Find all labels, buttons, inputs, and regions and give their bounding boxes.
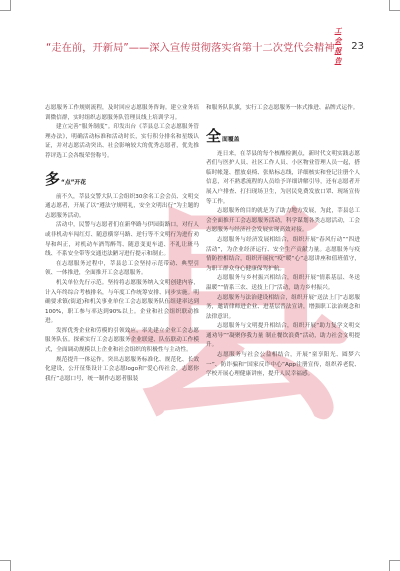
- crop-mark-bottom-left: [0, 560, 11, 571]
- section-heading-rest: “点”开花: [61, 177, 86, 186]
- paragraph: 活动中，民警与志愿者们在新华路与伊园街路口，对行人或非机动车闯红灯、随意横穿马路…: [45, 221, 199, 259]
- section-heading-rest: 面覆盖: [222, 134, 239, 143]
- header-title: “走在前，开新局”——深入宣传贯彻落实省第十二次党代会精神: [46, 39, 335, 54]
- section-heading-initial: 全: [206, 128, 221, 144]
- crop-mark-bottom-right: [389, 560, 400, 571]
- page-number: 23: [351, 41, 364, 52]
- paragraph: 规范提升一体运作。突出志愿服务标准化、规范化、长效化建设，公开征集设计工会志愿l…: [45, 356, 199, 385]
- paragraph: 志愿服务与经济发展相结合，组织开展“春风行动”“四进活动”，为企业经济运行、安全…: [206, 236, 360, 274]
- right-column: 和服务队队旗，实行工会志愿服务一体式推进、品牌式运作。 全 面覆盖 连日来，在莘…: [206, 104, 360, 380]
- paragraph: 志愿服务与社会公益相结合，开展“童享阳光、圆梦六一”、防诈骗和“国家反诈中心”A…: [206, 351, 360, 380]
- paragraph: 和服务队队旗，实行工会志愿服务一体式推进、品牌式运作。: [206, 104, 360, 114]
- paragraph: 连日来，在莘县的每个核酸检测点，新时代文明实践志愿者们与医护人员、社区工作人员、…: [206, 150, 360, 208]
- section-heading: 全 面覆盖: [206, 128, 360, 144]
- paragraph: 建立完善“服务制度”。印发出台《莘县总工会志愿服务管理办法》，明确活动标准和活动…: [45, 123, 199, 161]
- crop-mark-top-left: [0, 0, 11, 11]
- paragraph: 在志愿服务过程中，莘县总工会坚持示范带动、典型引领、一体推进，全面推开工会志愿服…: [45, 260, 199, 279]
- section-heading-initial: 多: [45, 171, 60, 187]
- paragraph: 发挥优秀企业和劳模的引领效应，率先建立企业工会志愿服务队伍。探索实行工会志愿服务…: [45, 327, 199, 356]
- paragraph: 志愿服务与乡村振兴相结合，组织开展“情系基层、冬送温暖”“情系三农、送技上门”活…: [206, 274, 360, 293]
- paragraph: 志愿服务的目的就是为了助力地方发展，为此，莘县总工会全面推开工会志愿服务活动，科…: [206, 207, 360, 236]
- crop-mark-top-right: [389, 0, 400, 11]
- section-heading: 多 “点”开花: [45, 171, 199, 187]
- paragraph: 机关单位先行示范。坚持将志愿服务纳入文明创建内容，计入年终综合考核排名，与年度工…: [45, 279, 199, 327]
- left-column: 志愿服务工作规则流程，及时回应志愿服务咨询。建立业务培训微信群，实时组织志愿服务…: [45, 104, 199, 384]
- publication-logo: 工会报告: [335, 26, 344, 66]
- paragraph: 志愿服务工作规则流程，及时回应志愿服务咨询。建立业务培训微信群，实时组织志愿服务…: [45, 104, 199, 123]
- paragraph: 前不久，莘县交警大队工会组织30余名工会会员、文明交通志愿者，开展了以“遵法守规…: [45, 193, 199, 222]
- page-header: “走在前，开新局”——深入宣传贯彻落实省第十二次党代会精神 工会报告 23: [46, 38, 364, 54]
- paragraph: 志愿服务与法治建设相结合，组织开展“送法上门”志愿服务，邀请律师进企业、进基层普…: [206, 294, 360, 323]
- paragraph: 志愿服务与文明提升相结合，组织开展“助力复学文明交通劝导”“凝聚你我力量 制止餐…: [206, 322, 360, 351]
